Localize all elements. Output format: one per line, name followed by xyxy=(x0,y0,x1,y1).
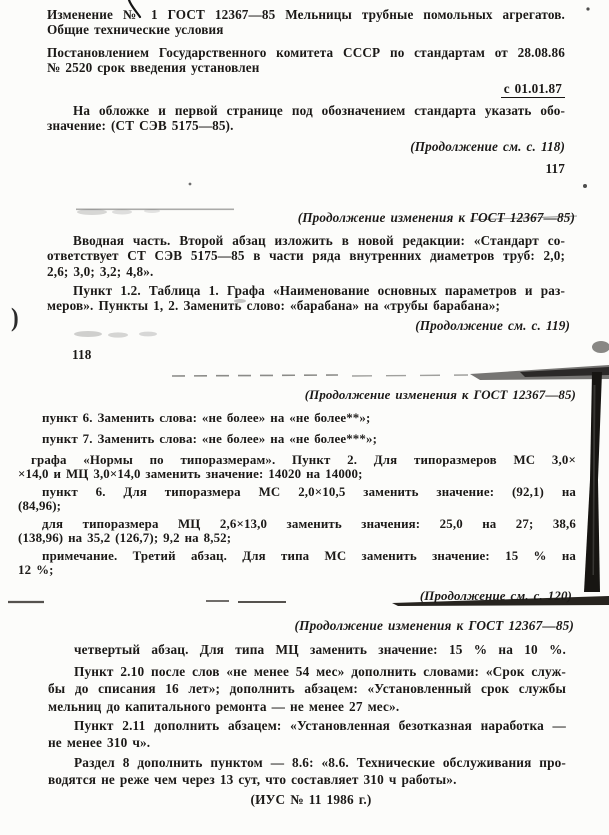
dark-smudge-line xyxy=(520,367,609,377)
continuation-header: (Продолжение изменения к ГОСТ 12367—85) xyxy=(48,617,574,634)
text: для типоразмера МЦ 2,6×13,0 заменить зна… xyxy=(42,517,576,531)
vertical-bar-artifact xyxy=(584,480,600,592)
text-line: пункт 6. Для типоразмера МС 2,0×10,5 зам… xyxy=(18,485,576,499)
text-line: значение: (СТ СЭВ 5175—85). xyxy=(47,118,565,133)
text-line: водятся не реже чем через 13 сут, что со… xyxy=(48,771,566,788)
dark-smudge-line xyxy=(470,365,609,380)
bar-highlight xyxy=(593,385,596,575)
text-line: На обложке и первой странице под обознач… xyxy=(47,103,565,118)
text-line: Раздел 8 дополнить пунктом — 8.6: «8.6. … xyxy=(48,754,566,771)
text: Пункт 2.10 после слов «не менее 54 мес» … xyxy=(74,664,566,679)
text-line: не менее 310 ч». xyxy=(48,734,566,751)
text-line: (84,96); xyxy=(18,499,576,513)
text: пункт 7. Заменить слова: «не более» на «… xyxy=(42,432,377,446)
fleck xyxy=(586,7,589,10)
continuation-header: (Продолжение изменения к ГОСТ 12367—85) xyxy=(18,388,576,402)
text: графа «Нормы по типоразмерам». Пункт 2. … xyxy=(31,453,576,467)
smudge xyxy=(592,341,609,353)
text-line: пункт 6. Заменить слова: «не более» на «… xyxy=(18,411,576,425)
text-line: примечание. Третий абзац. Для типа МС за… xyxy=(18,549,576,563)
page-118-section: (Продолжение изменения к ГОСТ 12367—85) … xyxy=(47,210,565,363)
page-119-section: (Продолжение изменения к ГОСТ 12367—85) … xyxy=(18,388,576,603)
text-line: меров». Пункты 1, 2. Заменить слово: «ба… xyxy=(47,298,565,313)
text-line: ответствует СТ СЭВ 5175—85 в части ряда … xyxy=(47,248,565,263)
text: Пункт 1.2. Таблица 1. Графа «Наименовани… xyxy=(73,283,565,298)
text-line: для типоразмера МЦ 2,6×13,0 заменить зна… xyxy=(18,517,576,531)
fleck xyxy=(583,184,587,188)
vertical-bar-artifact xyxy=(590,372,602,480)
text-line: четвертый абзац. Для типа МЦ заменить зн… xyxy=(48,641,566,658)
text-line: Пункт 2.10 после слов «не менее 54 мес» … xyxy=(48,663,566,680)
text: пункт 6. Для типоразмера МС 2,0×10,5 зам… xyxy=(42,485,576,499)
page-120-section: (Продолжение изменения к ГОСТ 12367—85) … xyxy=(48,617,566,808)
text: Раздел 8 дополнить пунктом — 8.6: «8.6. … xyxy=(74,755,566,770)
ius-footer-note: (ИУС № 11 1986 г.) xyxy=(56,791,566,808)
text-line: Пункт 2.11 дополнить абзацем: «Установле… xyxy=(48,717,566,734)
page-number: 118 xyxy=(72,347,565,362)
effective-date-line: с 01.01.87 xyxy=(47,81,565,96)
text-line: Вводная часть. Второй абзац изложить в н… xyxy=(47,233,565,248)
dashed-separator xyxy=(172,375,338,376)
text: На обложке и первой странице под обознач… xyxy=(73,103,565,118)
decree-line: № 2520 срок введения установлен xyxy=(47,60,565,75)
amendment-title-line: Общие технические условия xyxy=(47,22,565,37)
text: пункт 6. Заменить слова: «не более» на «… xyxy=(42,411,370,425)
page-number: 117 xyxy=(47,161,565,176)
amendment-title-line: Изменение № 1 ГОСТ 12367—85 Мельницы тру… xyxy=(47,7,565,22)
decree-line: Постановлением Государственного комитета… xyxy=(47,45,565,60)
continuation-note: (Продолжение см. с. 120) xyxy=(18,589,572,603)
text: примечание. Третий абзац. Для типа МС за… xyxy=(42,549,576,563)
text-line: (138,96) на 35,2 (126,7); 9,2 на 8,52; xyxy=(18,531,576,545)
text-line: мельниц до капитального ремонта — не мен… xyxy=(48,698,566,715)
text-line: 12 %; xyxy=(18,563,576,577)
page-117-section: Изменение № 1 ГОСТ 12367—85 Мельницы тру… xyxy=(47,7,565,177)
text-line: 2,6; 3,0; 3,2; 4,8». xyxy=(47,264,565,279)
handwritten-paren-mark: ) xyxy=(11,303,19,333)
continuation-note: (Продолжение см. с. 118) xyxy=(47,139,565,154)
text-line: пункт 7. Заменить слова: «не более» на «… xyxy=(18,432,576,446)
text-line: ×14,0 и МЦ 3,0×14,0 заменить значение: 1… xyxy=(18,467,576,481)
text: Пункт 2.11 дополнить абзацем: «Установле… xyxy=(74,718,566,733)
fleck xyxy=(189,183,192,186)
dashed-separator xyxy=(352,375,468,376)
effective-date: с 01.01.87 xyxy=(501,81,565,98)
text-line: графа «Нормы по типоразмерам». Пункт 2. … xyxy=(18,453,576,467)
text-line: Пункт 1.2. Таблица 1. Графа «Наименовани… xyxy=(47,283,565,298)
continuation-header: (Продолжение изменения к ГОСТ 12367—85) xyxy=(47,210,575,225)
text: Вводная часть. Второй абзац изложить в н… xyxy=(73,233,565,248)
text-line: бы до списания 16 лет»; дополнить абзаце… xyxy=(48,680,566,697)
text: четвертый абзац. Для типа МЦ заменить зн… xyxy=(74,642,566,657)
continuation-note: (Продолжение см. с. 119) xyxy=(47,318,570,333)
